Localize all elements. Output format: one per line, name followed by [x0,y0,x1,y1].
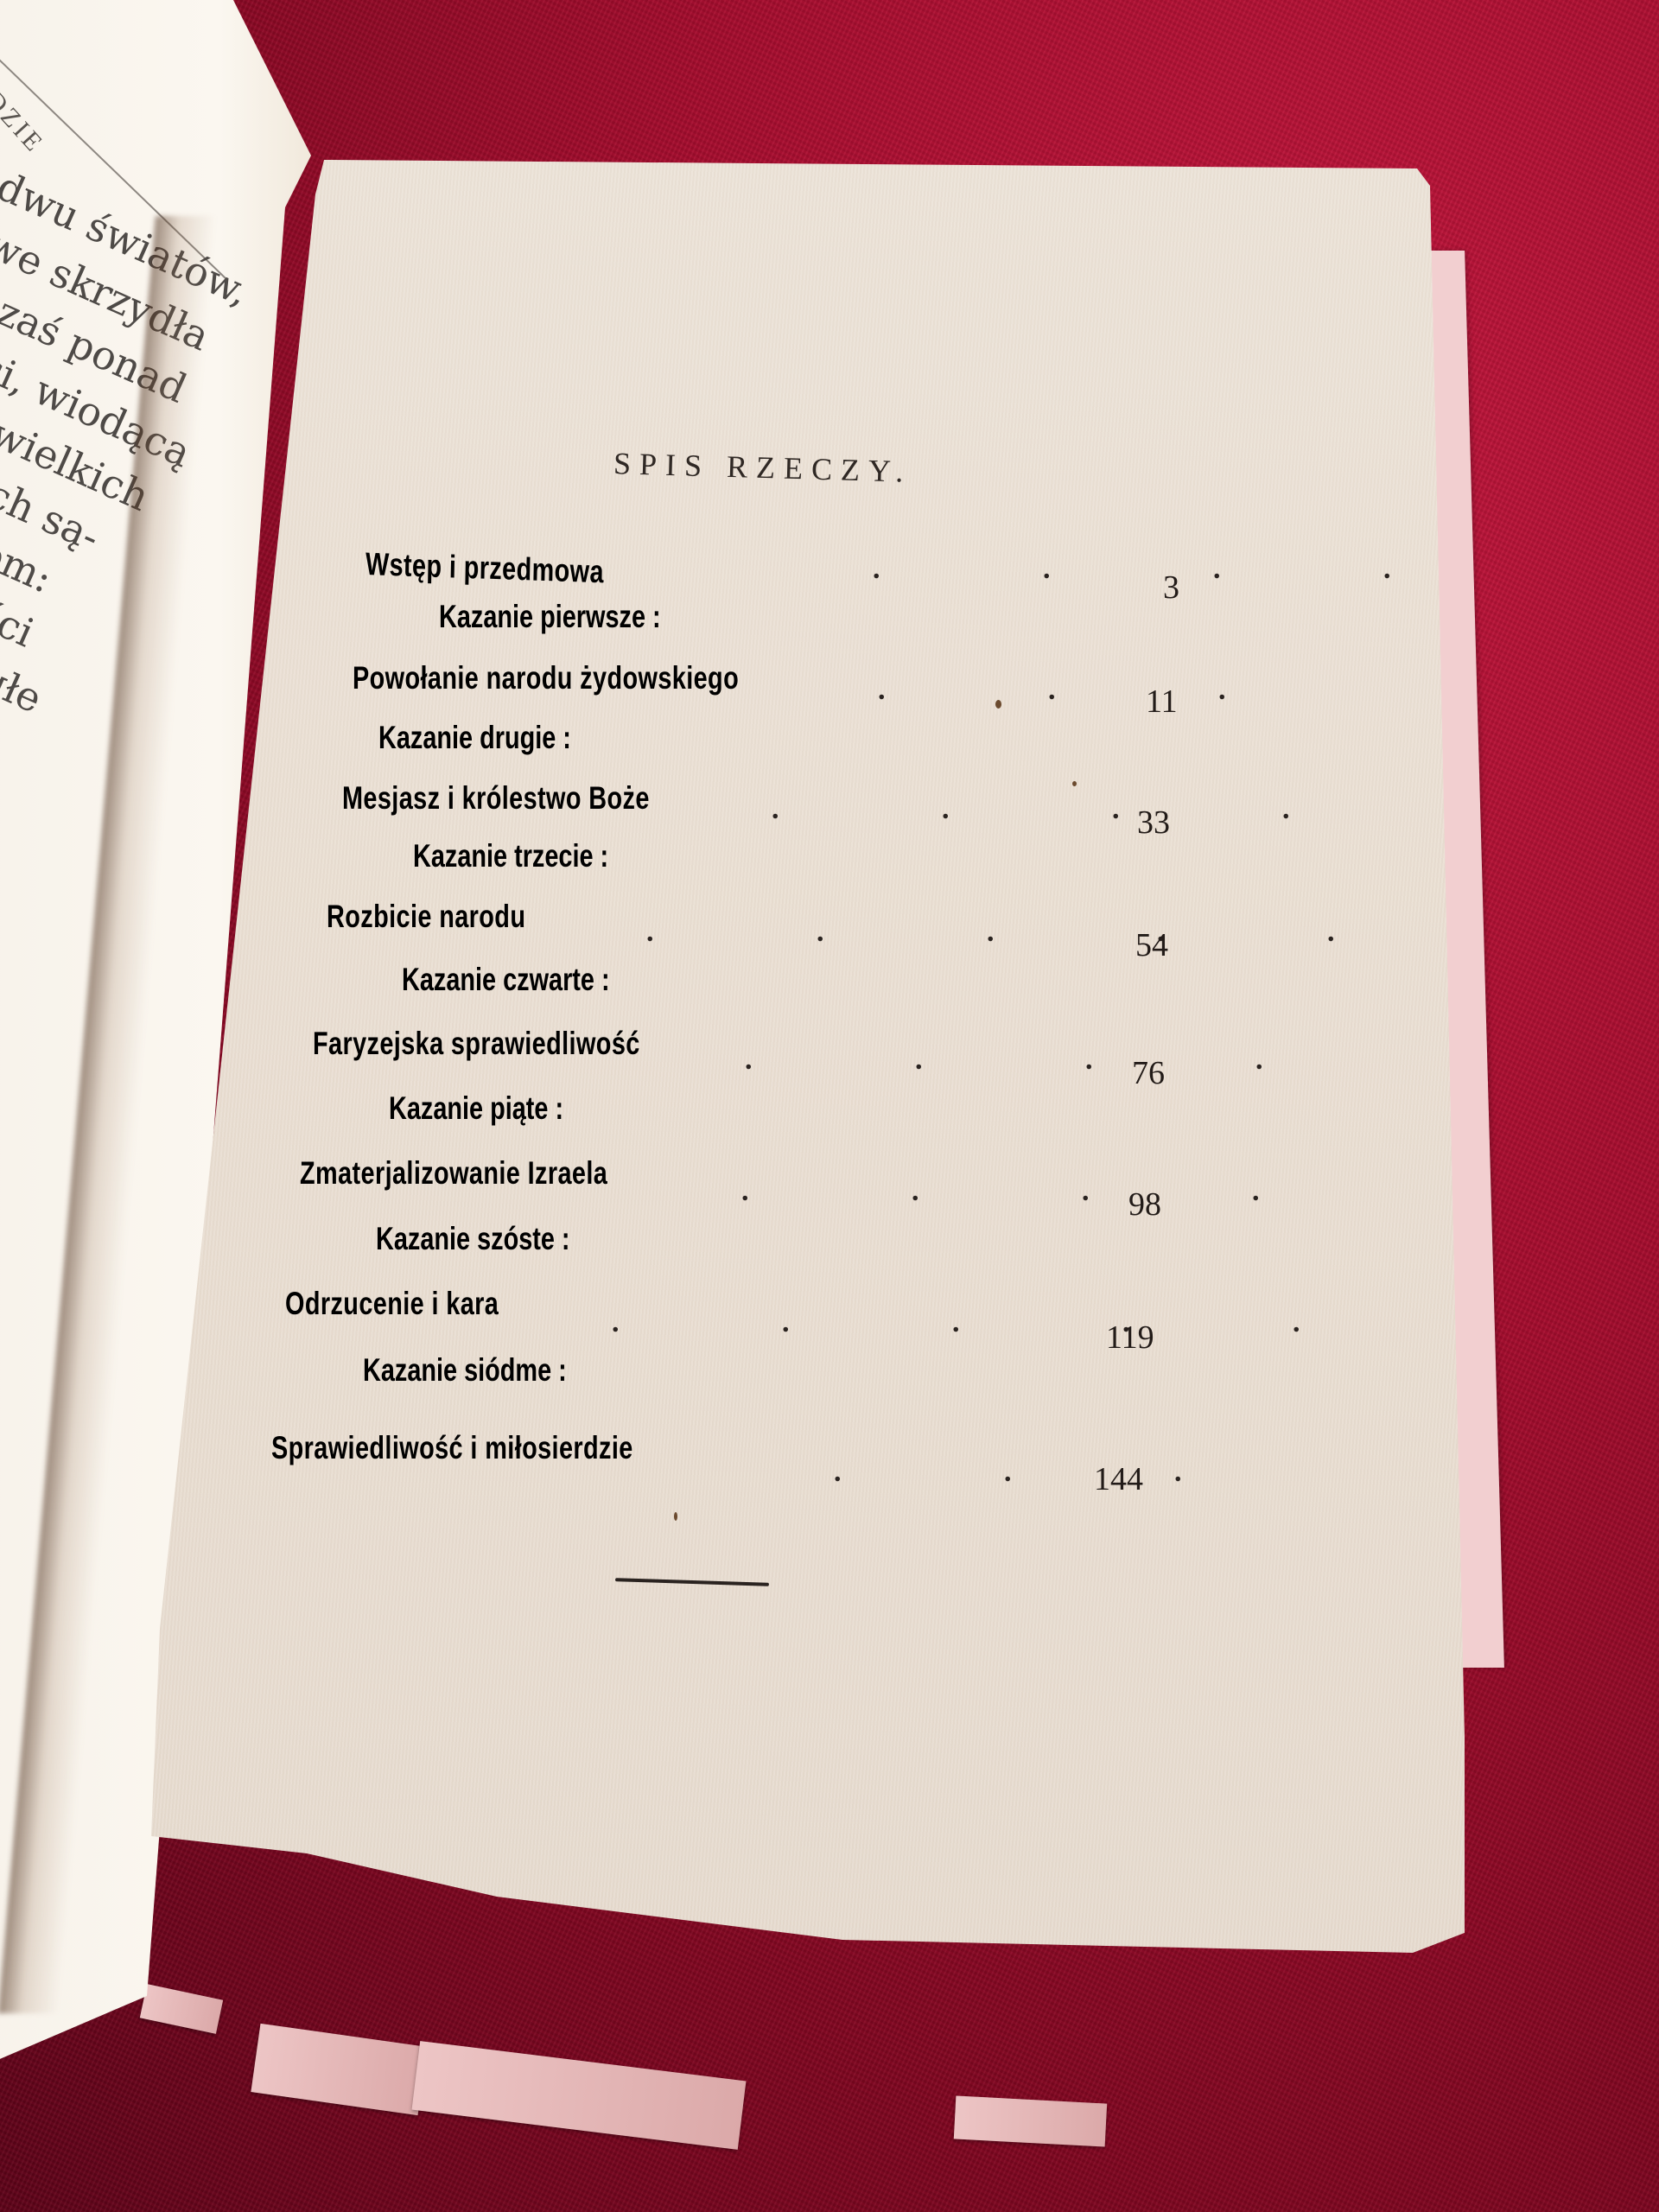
paper-speck [995,700,1001,709]
toc-page-number: 11 [1146,683,1178,721]
toc-leader-dots: . . . . . [646,916,1413,949]
toc-entry: Powołanie narodu żydowskiego [353,660,739,696]
toc-leader-dots: . . . . [745,1044,1341,1077]
toc-sermon-heading: Kazanie piąte : [389,1090,563,1127]
toc-leader-dots: . . . [834,1456,1260,1489]
toc-leader-dots: . . . . . [612,1306,1378,1339]
toc-page-number: 3 [1163,569,1179,607]
table-of-contents: SPIS RZECZY. Wstęp i przedmowa . . . . 3… [0,0,1659,2212]
toc-entry: Faryzejska sprawiedliwość [313,1026,640,1062]
toc-sermon-heading: Kazanie szóste : [376,1221,570,1257]
toc-entry: Odrzucenie i kara [285,1286,499,1322]
toc-entry: Sprawiedliwość i miłosierdzie [271,1430,633,1466]
paper-speck [674,1512,677,1521]
toc-entry: Mesjasz i królestwo Boże [342,780,650,817]
toc-page-number: 76 [1132,1054,1165,1092]
toc-leader-dots: . . . [878,674,1304,707]
toc-page-number: 144 [1094,1460,1143,1498]
toc-page-number: 54 [1135,926,1168,964]
toc-sermon-heading: Kazanie czwarte : [402,962,610,998]
toc-sermon-heading: Kazanie trzecie : [413,838,608,874]
toc-entry: Zmaterjalizowanie Izraela [300,1155,607,1192]
paper-speck [1072,781,1077,786]
end-rule [615,1578,769,1586]
toc-page-number: 98 [1128,1185,1161,1224]
toc-sermon-heading: Kazanie pierwsze : [439,599,661,635]
toc-entry: Rozbicie narodu [327,899,525,935]
toc-page-number: 33 [1137,804,1170,842]
toc-entry: Wstęp i przedmowa [365,546,605,590]
toc-sermon-heading: Kazanie siódme : [363,1352,567,1389]
toc-leader-dots: . . . . [772,793,1368,826]
page-title: SPIS RZECZY. [613,445,912,490]
toc-leader-dots: . . . . [741,1175,1338,1208]
toc-page-number: 119 [1106,1319,1154,1357]
toc-sermon-heading: Kazanie drugie : [378,720,571,756]
